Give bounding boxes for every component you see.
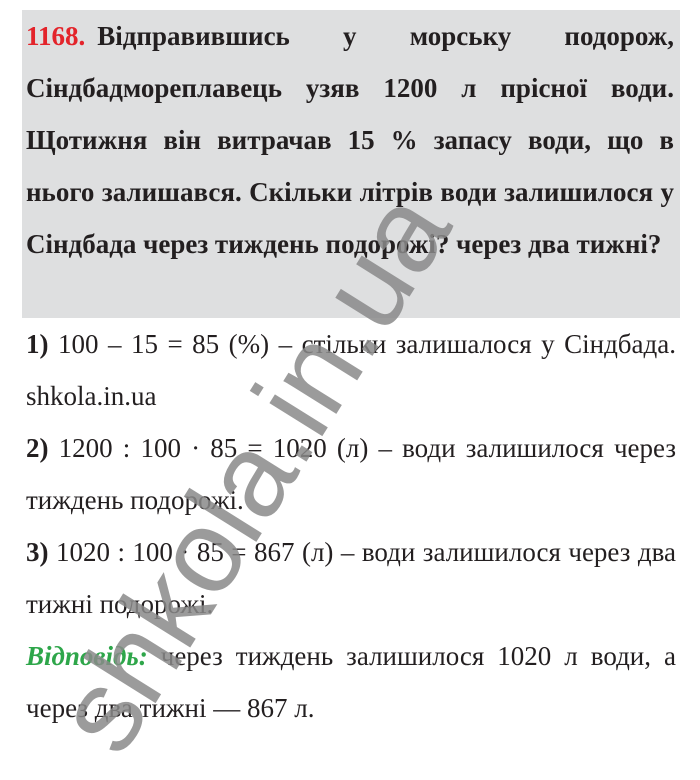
problem-text: Відправившись у морську подорож, Сіндбад… [26,21,674,259]
step-text: 1020 : 100 · 85 = 867 (л) – води залишил… [26,537,676,619]
problem-statement: 1168.Відправившись у морську подорож, Сі… [26,10,674,270]
solution-step: 2) 1200 : 100 · 85 = 1020 (л) – води зал… [26,422,676,526]
step-text: 1200 : 100 · 85 = 1020 (л) – води залиши… [26,433,676,515]
answer-label: Відповідь: [26,641,148,671]
step-number: 1) [26,329,49,359]
solution-step: 1) 100 – 15 = 85 (%) – стільки залишалос… [26,318,676,422]
answer: Відповідь: через тиждень залишилося 1020… [26,630,676,734]
step-text: 100 – 15 = 85 (%) – стільки залишалося у… [26,329,676,411]
solution-step: 3) 1020 : 100 · 85 = 867 (л) – води зали… [26,526,676,630]
problem-number: 1168. [26,21,85,51]
step-number: 2) [26,433,49,463]
step-number: 3) [26,537,49,567]
problem-statement-box: 1168.Відправившись у морську подорож, Сі… [22,10,680,318]
solution-section: 1) 100 – 15 = 85 (%) – стільки залишалос… [26,318,676,734]
